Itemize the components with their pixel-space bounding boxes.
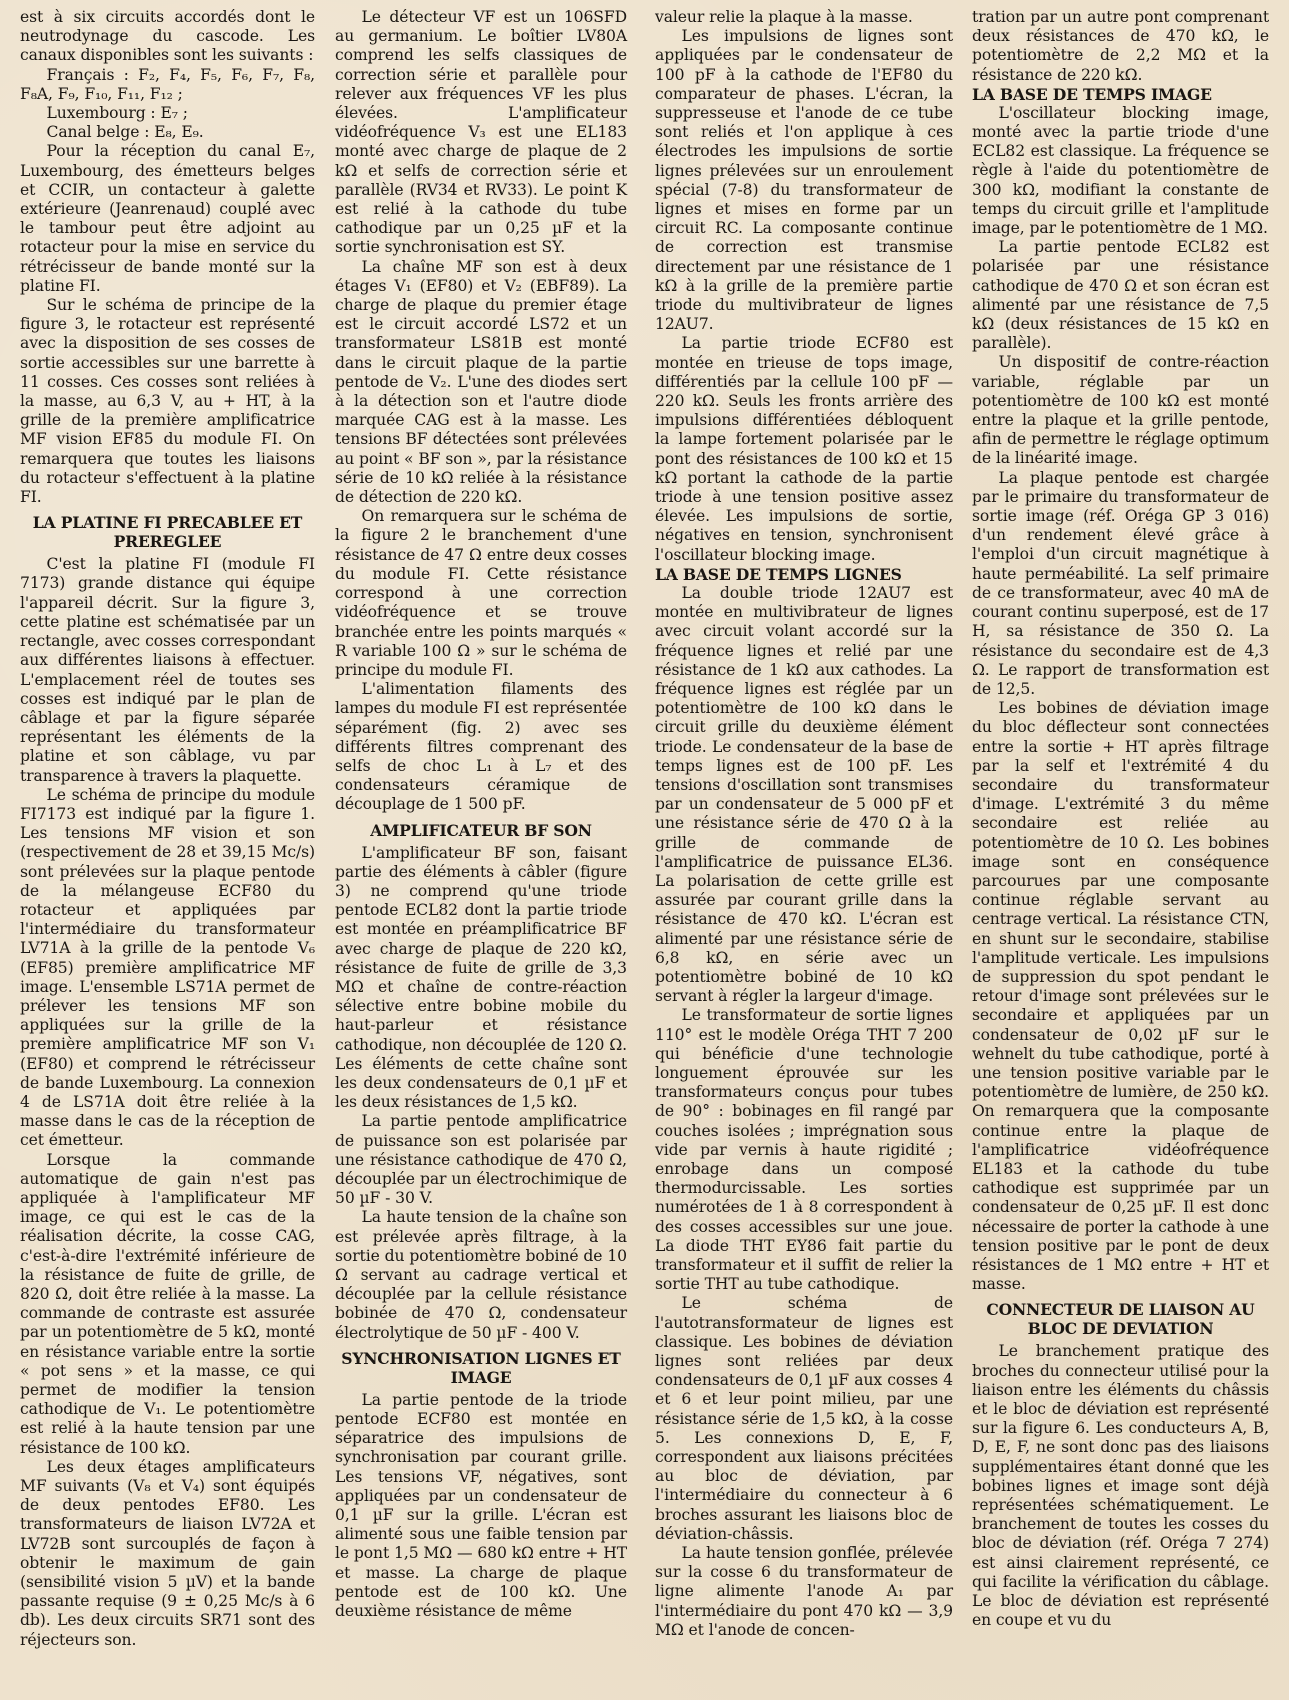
paragraph: tration par un autre pont comprenant deu… [972, 8, 1269, 85]
paragraph: La partie pentode amplificatrice de puis… [335, 1112, 627, 1208]
paragraph: Les deux étages amplificateurs MF suivan… [20, 1458, 315, 1650]
section-heading: LA PLATINE FI PRECABLEE ET PREREGLEE [20, 513, 315, 551]
text-column-2: Le détecteur VF est un 106SFD au germani… [335, 8, 627, 1621]
paragraph: Le détecteur VF est un 106SFD au germani… [335, 8, 627, 258]
section-heading: AMPLIFICATEUR BF SON [335, 821, 627, 840]
paragraph: Les bobines de déviation image du bloc d… [972, 699, 1269, 1294]
text-column-1: est à six circuits accordés dont le neut… [20, 8, 315, 1650]
section-heading: SYNCHRONISATION LIGNES ET IMAGE [335, 1349, 627, 1387]
paragraph: Un dispositif de contre-réaction variabl… [972, 353, 1269, 468]
paragraph: La partie pentode de la triode pentode E… [335, 1391, 627, 1621]
paragraph: La double triode 12AU7 est montée en mul… [655, 584, 953, 1006]
paragraph: Français : F₂, F₄, F₅, F₆, F₇, F₈, F₈A, … [20, 66, 315, 104]
text-column-4: tration par un autre pont comprenant deu… [972, 8, 1269, 1630]
section-heading: LA BASE DE TEMPS LIGNES [655, 565, 953, 584]
paragraph: L'amplificateur BF son, faisant partie d… [335, 844, 627, 1113]
magazine-page: est à six circuits accordés dont le neut… [0, 0, 1289, 1700]
paragraph: Luxembourg : E₇ ; [20, 104, 315, 123]
paragraph: Le branchement pratique des broches du c… [972, 1342, 1269, 1630]
text-column-3: valeur relie la plaque à la masse.Les im… [655, 8, 953, 1640]
paragraph: est à six circuits accordés dont le neut… [20, 8, 315, 66]
paragraph: Le schéma de principe du module FI7173 e… [20, 786, 315, 1151]
paragraph: Le transformateur de sortie lignes 110° … [655, 1006, 953, 1294]
paragraph: Sur le schéma de principe de la figure 3… [20, 296, 315, 507]
paragraph: L'oscillateur blocking image, monté avec… [972, 104, 1269, 238]
paragraph: La haute tension de la chaîne son est pr… [335, 1208, 627, 1342]
paragraph: On remarquera sur le schéma de la figure… [335, 507, 627, 680]
paragraph: Pour la réception du canal E₇, Luxembour… [20, 142, 315, 296]
paragraph: La partie pentode ECL82 est polarisée pa… [972, 238, 1269, 353]
paragraph: Le schéma de l'autotransformateur de lig… [655, 1294, 953, 1544]
paragraph: La haute tension gonflée, prélevée sur l… [655, 1544, 953, 1640]
paragraph: Canal belge : E₈, E₉. [20, 123, 315, 142]
paragraph: valeur relie la plaque à la masse. [655, 8, 953, 27]
section-heading: LA BASE DE TEMPS IMAGE [972, 85, 1269, 104]
paragraph: Les impulsions de lignes sont appliquées… [655, 27, 953, 334]
paragraph: La plaque pentode est chargée par le pri… [972, 469, 1269, 699]
paragraph: Lorsque la commande automatique de gain … [20, 1151, 315, 1458]
paragraph: L'alimentation filaments des lampes du m… [335, 680, 627, 814]
paragraph: La chaîne MF son est à deux étages V₁ (E… [335, 258, 627, 508]
paragraph: C'est la platine FI (module FI 7173) gra… [20, 555, 315, 785]
paragraph: La partie triode ECF80 est montée en tri… [655, 334, 953, 564]
section-heading: CONNECTEUR DE LIAISON AU BLOC DE DEVIATI… [972, 1300, 1269, 1338]
